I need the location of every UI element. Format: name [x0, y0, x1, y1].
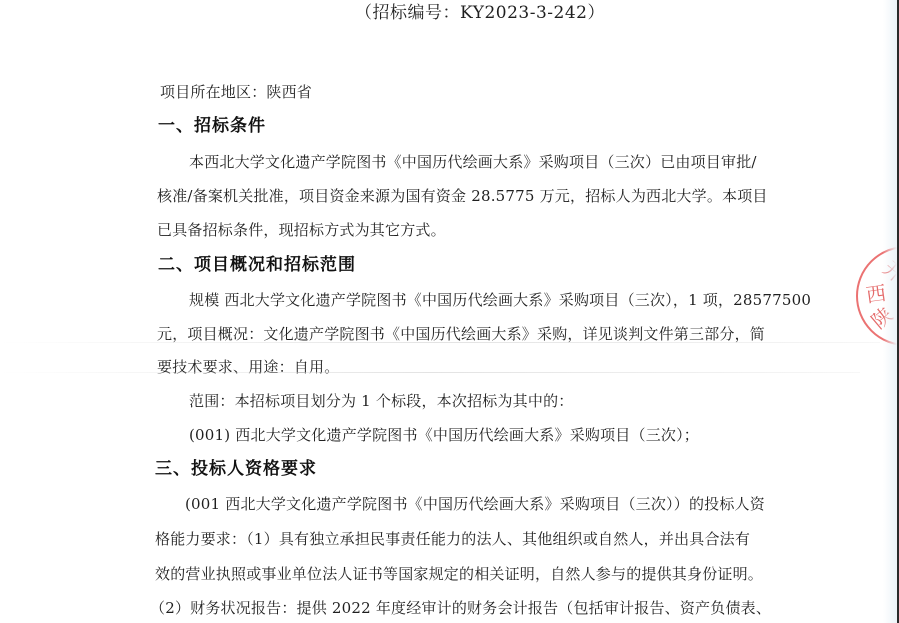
section-heading-3: 三、投标人资格要求: [155, 459, 317, 479]
section-2-line-4: 范围：本招标项目划分为 1 个标段，本次招标为其中的：: [189, 391, 573, 411]
section-3-line-4: （2）财务状况报告：提供 2022 年度经审计的财务会计报告（包括审计报告、资产…: [150, 598, 771, 618]
section-2-line-1: 规模 西北大学文化遗产学院图书《中国历代绘画大系》采购项目（三次），1 项，28…: [189, 290, 811, 310]
scan-artifact: [0, 372, 860, 373]
section-3-line-3: 效的营业执照或事业单位法人证书等国家规定的相关证明，自然人参与的提供其身份证明。: [155, 564, 763, 584]
section-3-line-2: 格能力要求：（1）具有独立承担民事责任能力的法人、其他组织或自然人，并出具合法有: [155, 529, 750, 549]
section-heading-1: 一、招标条件: [158, 116, 266, 136]
section-2-line-2: 元，项目概况：文化遗产学院图书《中国历代绘画大系》采购，详见谈判文件第三部分，简: [157, 324, 765, 344]
section-heading-2: 二、项目概况和招标范围: [158, 255, 356, 275]
document-page: （招标编号：KY2023-3-242） 项目所在地区：陕西省 一、招标条件 本西…: [0, 0, 897, 623]
tender-number: （招标编号：KY2023-3-242）: [355, 3, 605, 23]
section-1-line-2: 核准/备案机关批准，项目资金来源为国有资金 28.5775 万元，招标人为西北大…: [157, 186, 768, 206]
scan-artifact: [0, 342, 880, 343]
section-1-line-3: 已具备招标条件，现招标方式为其它方式。: [157, 220, 446, 240]
section-2-line-5: (001) 西北大学文化遗产学院图书《中国历代绘画大系》采购项目（三次）；: [189, 425, 699, 445]
section-3-line-1: (001 西北大学文化遗产学院图书《中国历代绘画大系》采购项目（三次））的投标人…: [185, 494, 765, 514]
page-edge-shadow: [883, 0, 897, 623]
project-location: 项目所在地区：陕西省: [160, 82, 312, 102]
section-1-line-1: 本西北大学文化遗产学院图书《中国历代绘画大系》采购项目（三次）已由项目审批/: [189, 152, 757, 172]
section-2-line-3: 要技术要求、用途：自用。: [157, 357, 339, 377]
